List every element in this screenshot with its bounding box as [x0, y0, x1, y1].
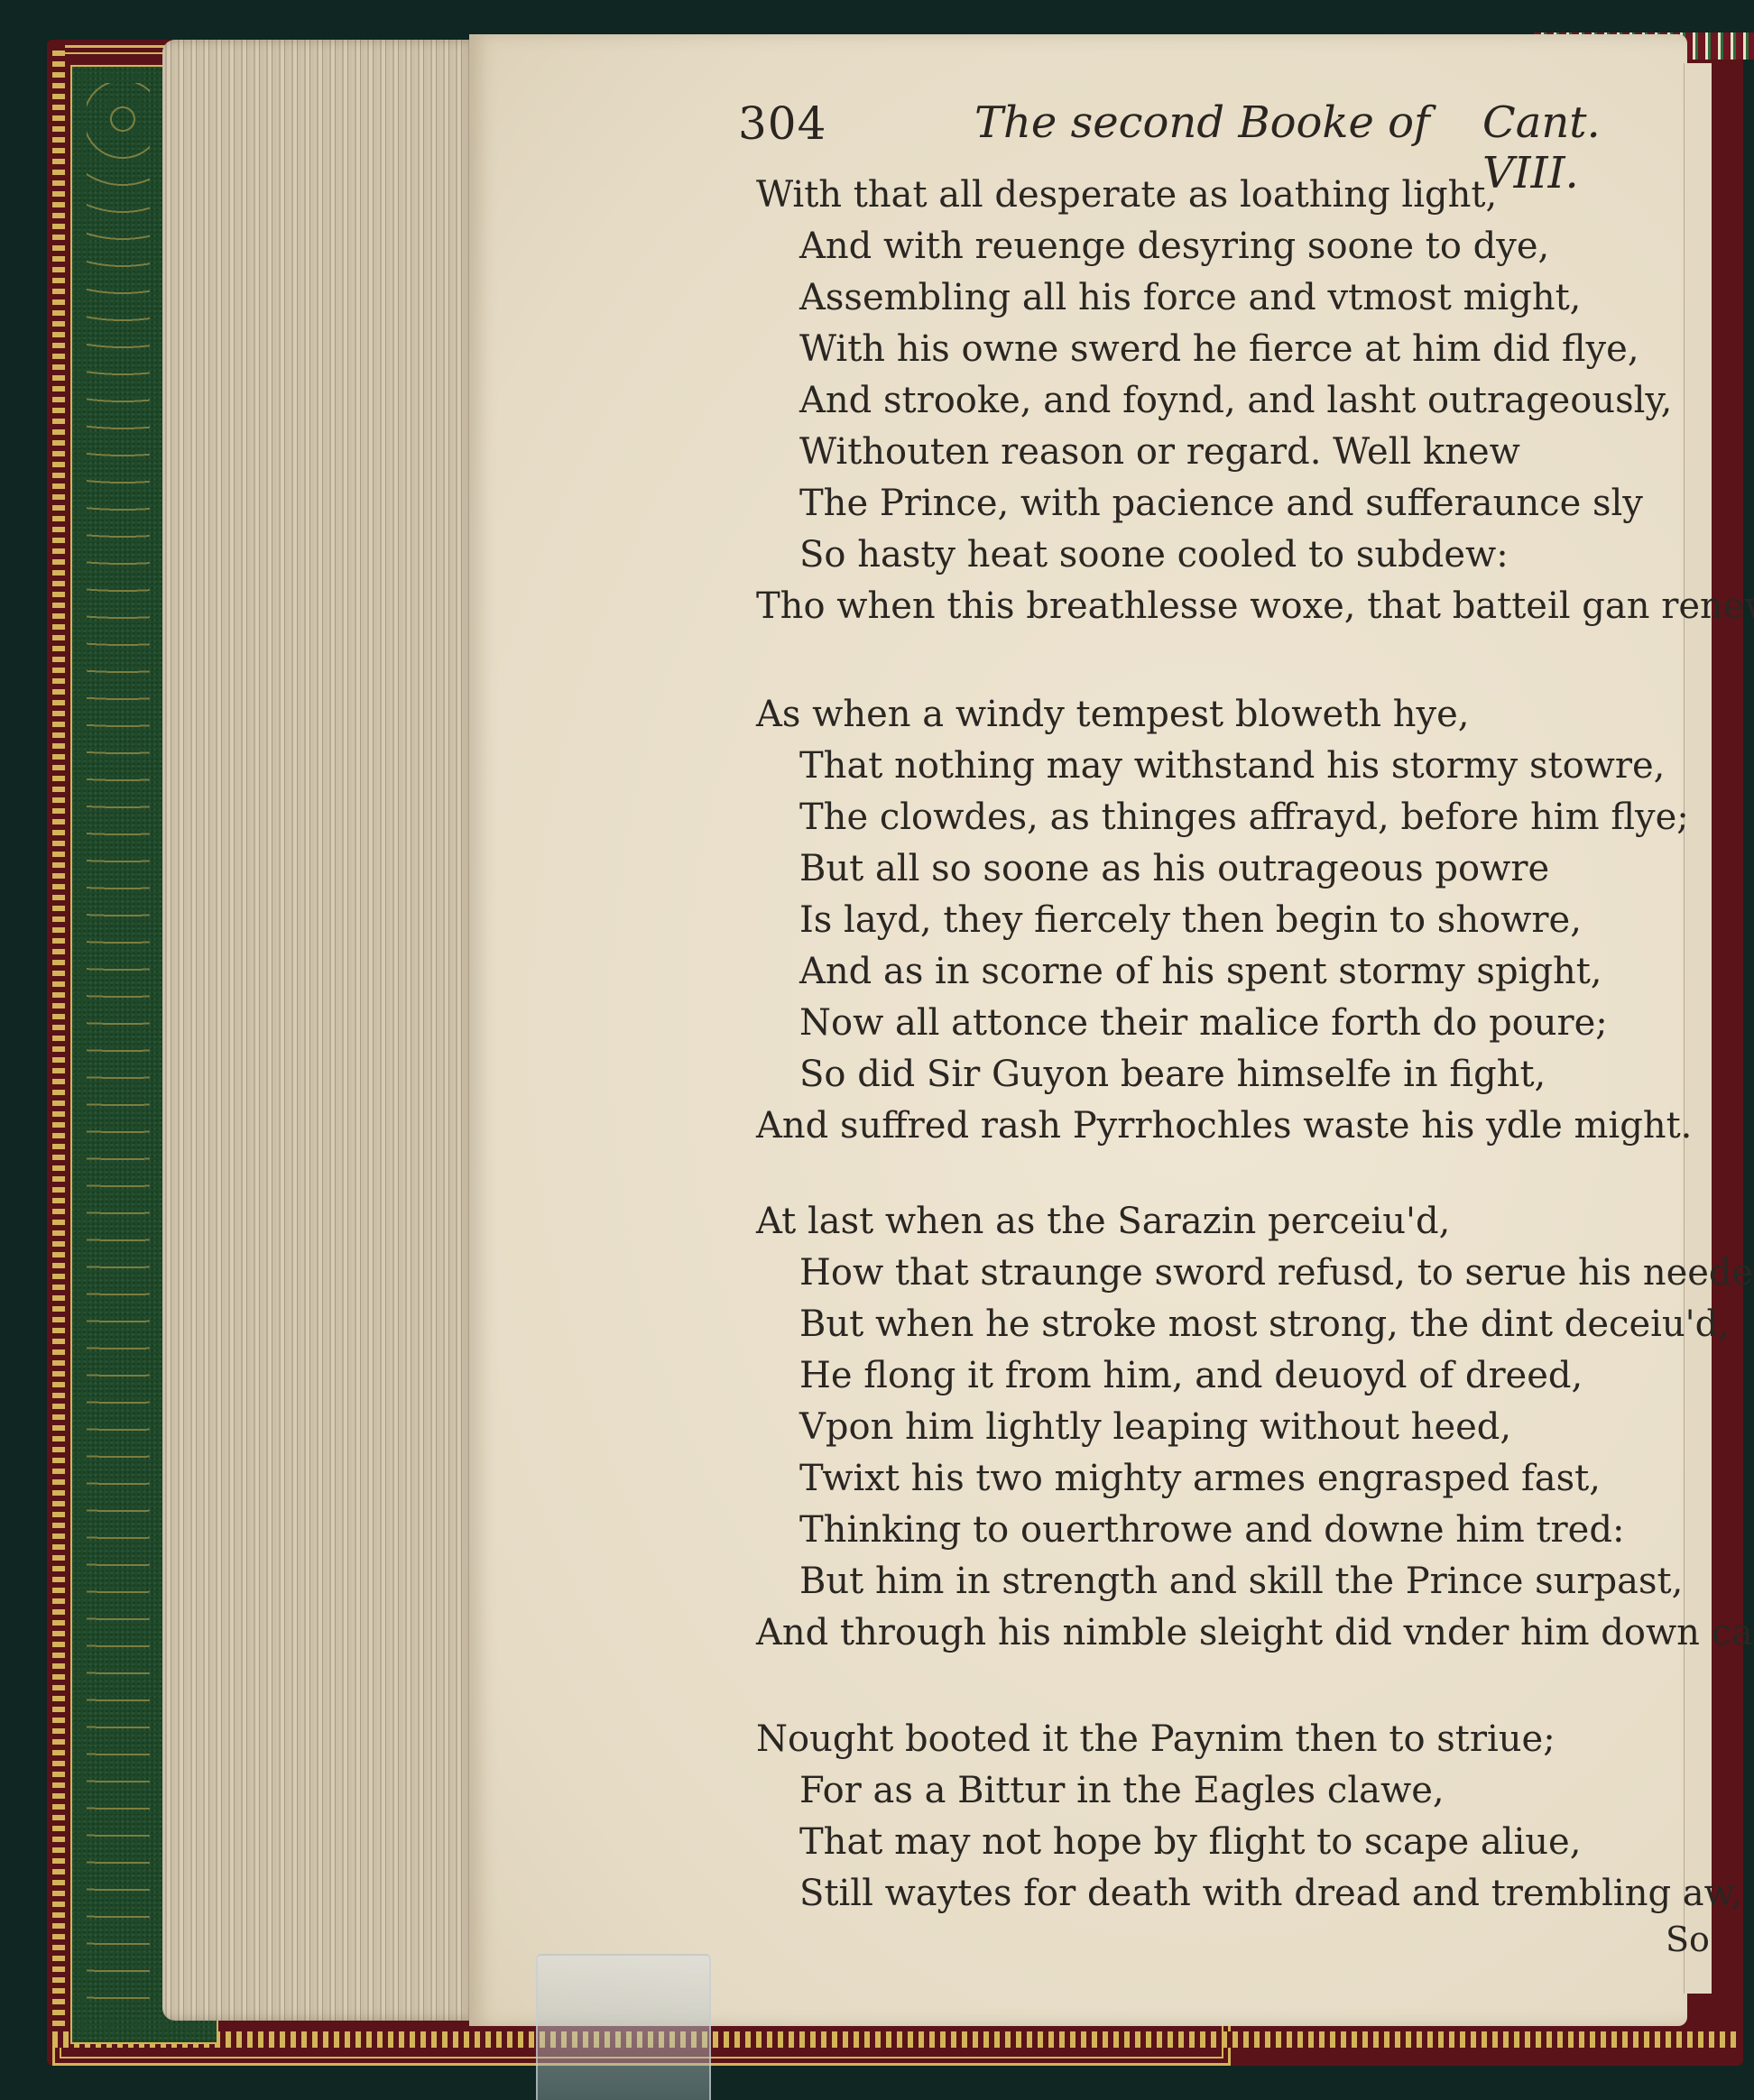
stanza-1: With that all desperate as loathing ligh…: [756, 170, 1754, 632]
verse-line: With that all desperate as loathing ligh…: [756, 170, 1754, 221]
gilt-scroll-ornament-icon: [87, 83, 150, 2022]
stanza-2: As when a windy tempest bloweth hye, Tha…: [756, 689, 1692, 1152]
verse-line: So did Sir Guyon beare himselfe in fight…: [756, 1049, 1692, 1101]
verse-line-alexandrine: And suffred rash Pyrrhochles waste his y…: [756, 1101, 1692, 1152]
verse-line: Twixt his two mighty armes engrasped fas…: [756, 1453, 1754, 1505]
running-title: The second Booke of: [974, 97, 1430, 148]
verse-line: That nothing may withstand his stormy st…: [756, 741, 1692, 792]
page-holder-stand: [536, 1954, 711, 2100]
gilt-dentelle-bottom: [52, 2031, 1740, 2048]
verse-line: He flong it from him, and deuoyd of dree…: [756, 1350, 1754, 1402]
verse-line: Vpon him lightly leaping without heed,: [756, 1402, 1754, 1453]
gilt-dentelle-left: [52, 45, 65, 2048]
verse-line: But all so soone as his outrageous powre: [756, 843, 1692, 895]
verse-line: Withouten reason or regard. Well knew: [756, 427, 1754, 478]
running-head: 304 The second Booke of Cant. VIII.: [738, 97, 1703, 152]
verse-line: But when he stroke most strong, the dint…: [756, 1299, 1754, 1350]
verse-line: At last when as the Sarazin perceiu'd,: [756, 1196, 1754, 1248]
verse-line: As when a windy tempest bloweth hye,: [756, 689, 1692, 741]
verse-line: The clowdes, as thinges affrayd, before …: [756, 792, 1692, 843]
verse-line: But him in strength and skill the Prince…: [756, 1556, 1754, 1607]
catchword: So: [1666, 1920, 1710, 1959]
verse-line: For as a Bittur in the Eagles clawe,: [756, 1765, 1742, 1817]
verse-line: And with reuenge desyring soone to dye,: [756, 221, 1754, 272]
verse-line: With his owne swerd he fierce at him did…: [756, 324, 1754, 375]
verse-line: Assembling all his force and vtmost migh…: [756, 272, 1754, 324]
verse-line: How that straunge sword refusd, to serue…: [756, 1248, 1754, 1299]
verse-line: Is layd, they fiercely then begin to sho…: [756, 895, 1692, 946]
verse-line: Now all attonce their malice forth do po…: [756, 998, 1692, 1049]
verse-line: And strooke, and foynd, and lasht outrag…: [756, 375, 1754, 427]
verse-line: And as in scorne of his spent stormy spi…: [756, 946, 1692, 998]
verse-line: The Prince, with pacience and sufferaunc…: [756, 478, 1754, 530]
verse-line: Still waytes for death with dread and tr…: [756, 1868, 1742, 1920]
verse-line-alexandrine: Tho when this breathlesse woxe, that bat…: [756, 581, 1754, 632]
verse-line: Thinking to ouerthrowe and downe him tre…: [756, 1505, 1754, 1556]
stanza-4: Nought booted it the Paynim then to stri…: [756, 1714, 1742, 1920]
page-number: 304: [738, 97, 826, 150]
verse-line: Nought booted it the Paynim then to stri…: [756, 1714, 1742, 1765]
page-fore-edge-stack: [162, 40, 478, 2021]
verse-line: That may not hope by flight to scape ali…: [756, 1817, 1742, 1868]
verse-line: So hasty heat soone cooled to subdew:: [756, 530, 1754, 581]
verse-line-alexandrine: And through his nimble sleight did vnder…: [756, 1607, 1754, 1659]
stanza-3: At last when as the Sarazin perceiu'd, H…: [756, 1196, 1754, 1659]
